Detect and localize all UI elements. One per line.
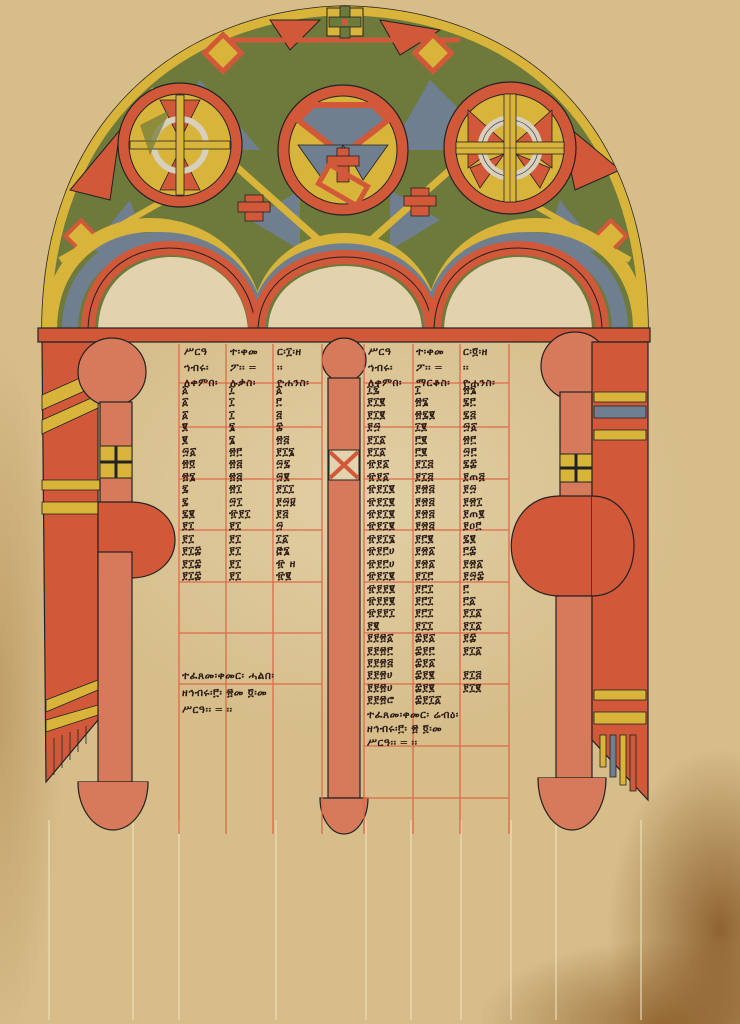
table-cell: ፻፳፲ — [463, 496, 485, 508]
table-cell: ፻፫፲ — [415, 595, 442, 607]
table-cell: ፹፻፩ — [367, 458, 395, 470]
table-cell: ፻፳፭ — [415, 496, 442, 508]
table-cell: ፻፵ — [463, 483, 485, 495]
right-drape — [592, 342, 648, 800]
table-cell: ፻፫፲ — [415, 583, 442, 595]
table-cell: ፻፲፭ — [415, 471, 442, 483]
table-cell: ፵፫ — [463, 446, 485, 458]
left-drape — [42, 342, 100, 782]
table-cell: ፯፫ — [463, 396, 485, 408]
table-cell: ፻፲፩ — [463, 620, 485, 632]
table-cell: ፰፻፩ — [415, 632, 442, 644]
table-cell: ፻፫፪ — [415, 533, 442, 545]
table-cell: ፻፳፭ — [415, 520, 442, 532]
table-cell: ፹፻፲፪ — [367, 508, 395, 520]
table-cell: ፯፪ — [463, 533, 485, 545]
table-cell: ፻፻፳፩ — [367, 632, 395, 644]
table-cell: ፻፳፭ — [415, 508, 442, 520]
table-cell: ፻፰ — [463, 632, 485, 644]
table-cell: ፮ — [229, 434, 251, 446]
table-cell: ፹፻፻፪ — [367, 595, 395, 607]
table-cell: ፳፬ — [182, 458, 202, 470]
table-cell: ፩ — [182, 384, 202, 396]
table-cell: ፯ — [182, 483, 202, 495]
table-cell: ፻፵፰ — [463, 570, 485, 582]
table-cell: ፳፫ — [463, 434, 485, 446]
column-2: ፲፳፮፳፯፪፲፪፫፪፫፪፻፲፭፻፲፭፻፳፭፻፳፭፻፳፭፻፳፭፻፫፪፻፳፩፻፳፩፻… — [415, 384, 442, 707]
table-cell: ፵ — [276, 520, 296, 532]
table-cell: ፯ — [182, 496, 202, 508]
colophon: ተፈጸመ፡ቀመር፡ ሬብዕ፡ዘኅብሩ፡፫፡ ፳ ፬፡መሥርዓ፡፡ ═ ፡፡ — [367, 708, 459, 750]
table-cell: ፻፳፩ — [415, 545, 442, 557]
table-cell: ፳፮ — [415, 396, 442, 408]
table-cell: ፻ዐ፫ — [463, 520, 485, 532]
table-cell: ፻፫፲ — [415, 607, 442, 619]
table-cell: ፫ — [463, 583, 485, 595]
table-cell: ፻፲፲ — [276, 483, 296, 495]
table-cell: ፻፲፰ — [182, 570, 202, 582]
table-cell: ፹፻፲፪ — [367, 496, 395, 508]
table-cell: ፲ — [229, 409, 251, 421]
table-cell: ፳፭ — [276, 434, 296, 446]
table-cell: ፯፪ — [182, 508, 202, 520]
table-cell: ፰፻፲፩ — [415, 694, 442, 706]
table-cell: ፳፭ — [229, 458, 251, 470]
center-pillar — [320, 338, 368, 834]
table-cell: ፲ — [415, 384, 442, 396]
table-cell: ፻፲ — [229, 520, 251, 532]
table-cell: ፻፻፳ሀ — [367, 682, 395, 694]
table-cell: ፻፻፳ሀ — [367, 669, 395, 681]
table-cell: ፹ ዘ — [276, 558, 296, 570]
table-cell: ፳፮ — [182, 471, 202, 483]
table-cell: ፹፻፻፪ — [367, 583, 395, 595]
table-cell: ፳፮ — [463, 384, 485, 396]
table-cell: ፻፳፩ — [463, 558, 485, 570]
table-cell: ፻፲፩ — [463, 645, 485, 657]
table-cell: ፻ጠ፪ — [463, 508, 485, 520]
table-cell: ፹፪ — [276, 570, 296, 582]
table-cell: ፻፲፩ — [367, 434, 395, 446]
table-cell: ፯፭ — [463, 409, 485, 421]
table-cell: ፲ — [229, 384, 251, 396]
table-cell: ፳፫ — [229, 446, 251, 458]
table-cell: ፻፲ — [229, 570, 251, 582]
table-cell: ፵፪ — [276, 471, 296, 483]
table-cell: ፻፵ — [367, 421, 395, 433]
table-cell — [463, 657, 485, 669]
medallion-left — [118, 83, 242, 207]
table-cell: ፻፲፩ — [367, 446, 395, 458]
table-cell: ፻፪ — [367, 620, 395, 632]
table-cell: ፻፲ — [182, 520, 202, 532]
table-cell: ፹፻፲፮ — [367, 533, 395, 545]
table-cell: ፻፲ — [229, 558, 251, 570]
column-1: ፲፯፻፲፪፻፲፪፻፵፻፲፩፻፲፩፹፻፩፹፻፩፹፻፲፪፹፻፲፪፹፻፲፪፹፻፲፪፹፻… — [367, 384, 395, 707]
column-1: ፩፩፩፪፪፵፩፳፬፳፮፯፯፯፪፻፲፻፲፻፲፰፻፲፰፻፲፰ — [182, 384, 202, 583]
table-cell: ፰ — [276, 421, 296, 433]
table-cell: ፳፯፪ — [415, 409, 442, 421]
table-cell: ፫፪ — [415, 434, 442, 446]
medallion-center — [278, 85, 408, 215]
table-cell: ፻፭ — [276, 508, 296, 520]
table-cell: ፹፻፩ — [367, 471, 395, 483]
table-cell: ፭ — [276, 409, 296, 421]
table-cell: ፹፻፲ — [229, 508, 251, 520]
table-cell: ፩ — [182, 396, 202, 408]
table-cell: ፹፻፻፲ — [367, 607, 395, 619]
table-cell: ፵፩ — [463, 421, 485, 433]
table-cell: ፻፲፰ — [182, 558, 202, 570]
table-cell: ፫፰ — [463, 545, 485, 557]
table-cell: ፫፩ — [463, 595, 485, 607]
table-cell: ፲ — [229, 396, 251, 408]
table-cell: ፻፲፪ — [367, 409, 395, 421]
table-cell: ፻፲፰ — [182, 545, 202, 557]
table-cell: ፩ — [182, 409, 202, 421]
table-cell: ፻፻፳፫ — [367, 645, 395, 657]
table-cell: ፻ጠ፭ — [463, 471, 485, 483]
table-cell: ፲፯ — [367, 384, 395, 396]
table-cell: ፰፻፫ — [415, 645, 442, 657]
table-cell: ፻፲፭ — [463, 669, 485, 681]
table-cell: ፻፲፭ — [415, 458, 442, 470]
table-cell: ፹፻፲፪ — [367, 483, 395, 495]
table-cell: ፯፰ — [463, 458, 485, 470]
medallion-right — [444, 82, 576, 214]
table-cell: ፲፪ — [415, 421, 442, 433]
table-cell: ፹፻፫ሀ — [367, 558, 395, 570]
table-cell: ፵፩ — [182, 446, 202, 458]
table-cell: ፻፳፩ — [415, 558, 442, 570]
colophon: ተፈጸመ፡ቀመር፡ ሓልበ፡ዘኅብሩ፡፫፡ ፳መ ፬፡መሥርዓ፡፡ ═ ፡፡ — [182, 634, 274, 719]
table-cell: ፻፲፩ — [463, 607, 485, 619]
column-3: ፳፮፯፫፯፭፵፩፳፫፵፫፯፰፻ጠ፭፻፵፻፳፲፻ጠ፪፻ዐ፫፯፪፫፰፻፳፩፻፵፰፫፫… — [463, 384, 485, 707]
table-cell: ፻፲፪ — [463, 682, 485, 694]
table-cell: ፪ — [182, 434, 202, 446]
decorated-arch — [42, 6, 648, 332]
column-3: ፩፫፭፰፳፭፻፲፮፵፯፵፪፻፲፲፻፵፱፻፭፵፲፩፸፮፹ ዘ፹፪ — [276, 384, 296, 583]
table-cell: ፻፵፱ — [276, 496, 296, 508]
parchment-page: ሥርዓኀብሩ፡ለቀምበ፡ ተ፡ቀመፖ፡፡ ═ሉቃስ፡ ር፡፲፡ዘ፡፡ዮሐንስ፡ … — [0, 0, 740, 1024]
table-cell: ፳፭ — [229, 471, 251, 483]
inner-arches — [88, 248, 602, 332]
top-cross-icon — [327, 6, 363, 38]
table-cell: ፰፻፩ — [415, 657, 442, 669]
table-cell: ፻፲፲ — [415, 620, 442, 632]
table-cell: ፻፲፪ — [367, 396, 395, 408]
table-cell: ፪ — [182, 421, 202, 433]
table-cell: ፲፩ — [276, 533, 296, 545]
column-2: ፲፲፲፮፮፳፫፳፭፳፭፳፲፵፲፹፻፲፻፲፻፲፻፲፻፲፻፲ — [229, 384, 251, 583]
table-cell: ፻፳፭ — [415, 483, 442, 495]
table-cell: ፫ — [276, 396, 296, 408]
table-cell: ፻፲ — [229, 545, 251, 557]
table-cell: ፹፻፫ሀ — [367, 545, 395, 557]
table-cell: ፳፲ — [229, 483, 251, 495]
table-cell: ፸፮ — [276, 545, 296, 557]
table-cell: ፹፻፲፪ — [367, 520, 395, 532]
table-cell: ፰፻፪ — [415, 682, 442, 694]
table-cell: ፹፻፲፪ — [367, 570, 395, 582]
table-cell: ፻፲ — [229, 533, 251, 545]
table-cell: ፵፲ — [229, 496, 251, 508]
table-cell: ፵፯ — [276, 458, 296, 470]
table-cell: ፻፲ — [182, 533, 202, 545]
table-cell: ፫፪ — [415, 446, 442, 458]
table-cell: ፮ — [229, 421, 251, 433]
table-cell: ፻፲፮ — [276, 446, 296, 458]
table-cell: ፻፻፳፭ — [367, 657, 395, 669]
table-cell: ፩ — [276, 384, 296, 396]
table-cell — [463, 694, 485, 706]
table-cell: ፻፻፳ሮ — [367, 694, 395, 706]
table-cell: ፰፻፪ — [415, 669, 442, 681]
table-cell: ፻፲፫ — [415, 570, 442, 582]
